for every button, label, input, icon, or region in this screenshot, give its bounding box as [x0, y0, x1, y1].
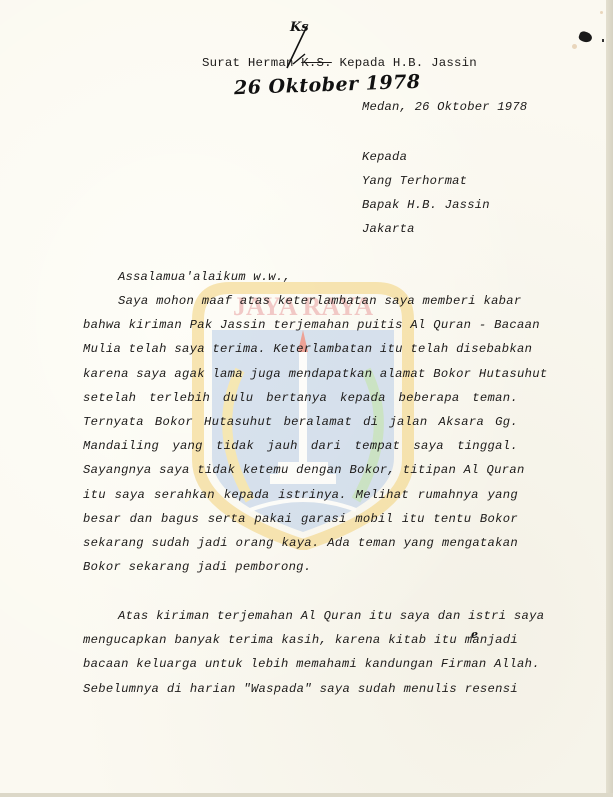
text-line: Ternyata Bokor Hutasuhut beralamat di ja…: [83, 415, 518, 429]
recipient-line: Kepada: [362, 150, 407, 164]
text-line: bahwa kiriman Pak Jassin terjemahan puit…: [83, 318, 518, 332]
letter-page: JAYA RAYA Surat Herman K.S. Kepada H.B. …: [0, 0, 606, 793]
handwritten-letter-correction: e: [471, 628, 478, 641]
paper-stain: [572, 44, 577, 49]
letter-header: Surat Herman K.S. Kepada H.B. Jassin: [202, 56, 477, 70]
text-line: setelah terlebih dulu bertanya kepada be…: [83, 391, 518, 405]
text-line: sekarang sudah jadi orang kaya. Ada tema…: [83, 536, 518, 550]
recipient-line: Bapak H.B. Jassin: [362, 198, 490, 212]
ink-dot: [602, 39, 604, 42]
text-line: Atas kiriman terjemahan Al Quran itu say…: [118, 609, 518, 623]
text-line: Mulia telah saya terima. Keterlambatan i…: [83, 342, 518, 356]
text-line: Saya mohon maaf atas keterlambatan saya …: [118, 294, 518, 308]
page-edge-bottom: [0, 793, 613, 797]
text-line: mengucapkan banyak terima kasih, karena …: [83, 633, 518, 647]
text-line: Bokor sekarang jadi pemborong.: [83, 560, 518, 574]
recipient-line: Yang Terhormat: [362, 174, 467, 188]
text-line: Mandailing yang tidak jauh dari tempat s…: [83, 439, 518, 453]
text-line: itu saya serahkan kepada istrinya. Melih…: [83, 488, 518, 502]
paper-stain: [600, 11, 603, 14]
place-date: Medan, 26 Oktober 1978: [362, 100, 527, 114]
text-line: Sayangnya saya tidak ketemu dengan Bokor…: [83, 463, 518, 477]
text-line: karena saya agak lama juga mendapatkan a…: [83, 367, 518, 381]
salutation: Assalamua'alaikum w.w.,: [118, 270, 291, 284]
text-line: bacaan keluarga untuk lebih memahami kan…: [83, 657, 518, 671]
text-line: besar dan bagus serta pakai garasi mobil…: [83, 512, 518, 526]
handwritten-stroke-icon: [285, 24, 315, 70]
text-line: Sebelumnya di harian "Waspada" saya suda…: [83, 682, 518, 696]
recipient-line: Jakarta: [362, 222, 415, 236]
handwritten-date: 26 Oktober 1978: [234, 71, 421, 99]
page-edge-right: [606, 0, 613, 797]
ink-blot: [578, 30, 594, 44]
